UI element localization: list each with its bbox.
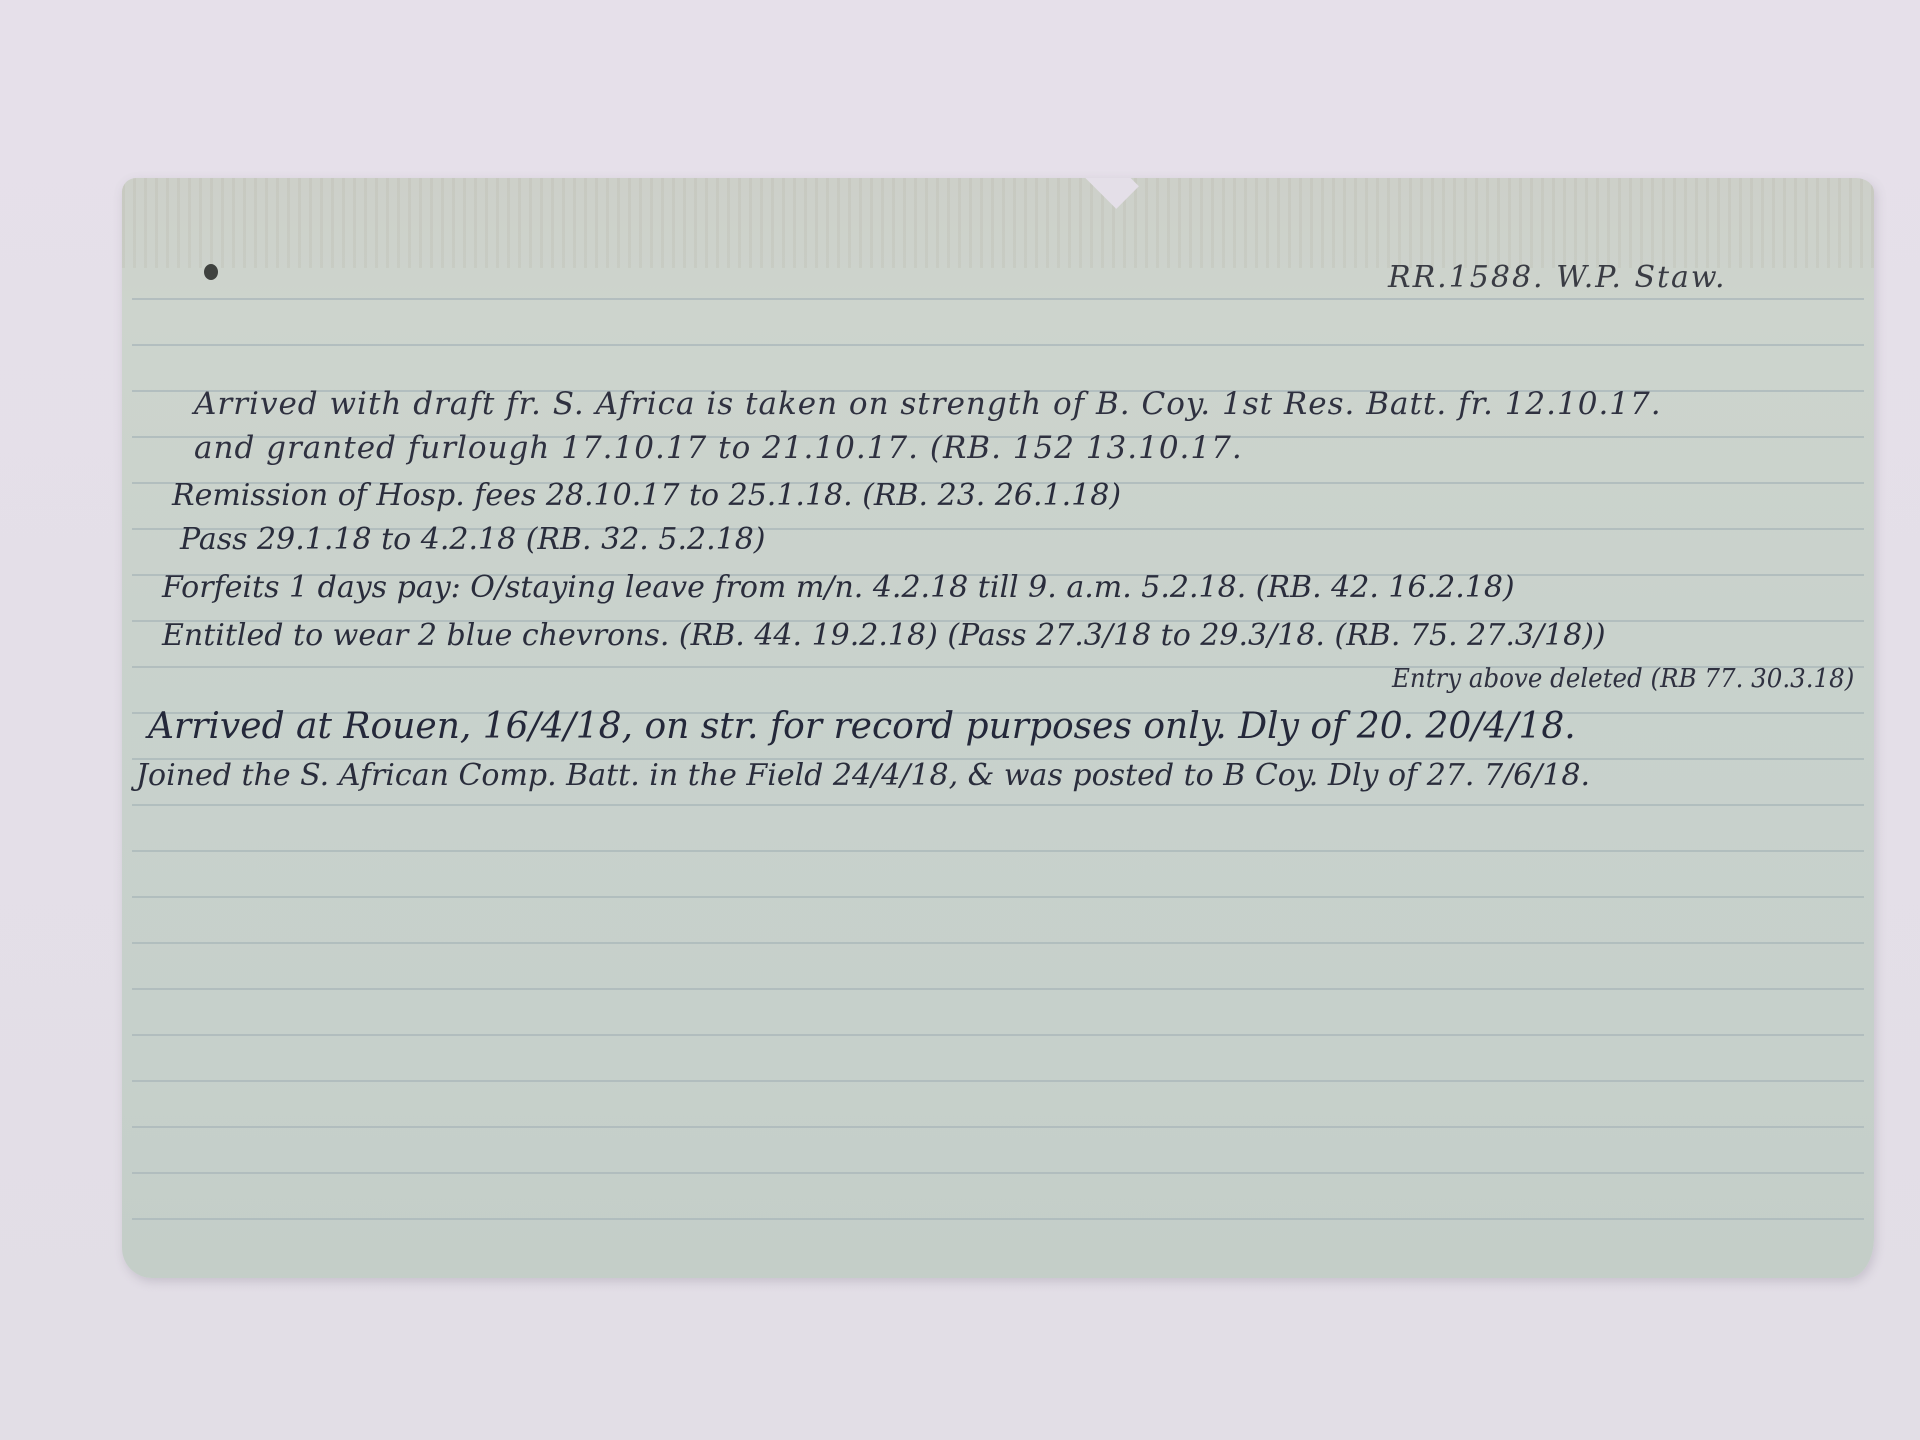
rule-line xyxy=(132,896,1864,898)
rule-line xyxy=(132,850,1864,852)
entry-rouen: Arrived at Rouen, 16/4/18, on str. for r… xyxy=(148,706,1576,747)
entry-arrival: Arrived with draft fr. S. Africa is take… xyxy=(194,386,1662,422)
record-card: RR.1588. W.P. Staw. Arrived with draft f… xyxy=(122,178,1874,1278)
rule-line xyxy=(132,804,1864,806)
rule-line xyxy=(132,1034,1864,1036)
rule-line xyxy=(132,1172,1864,1174)
card-notch xyxy=(1085,178,1139,209)
rule-line xyxy=(132,1126,1864,1128)
rule-line xyxy=(132,344,1864,346)
entry-joined: Joined the S. African Comp. Batt. in the… xyxy=(136,758,1590,793)
entry-remission: Remission of Hosp. fees 28.10.17 to 25.1… xyxy=(172,478,1121,513)
rule-line xyxy=(132,1080,1864,1082)
rule-line xyxy=(132,298,1864,300)
entry-forfeits: Forfeits 1 days pay: O/staying leave fro… xyxy=(162,570,1515,605)
entry-pass: Pass 29.1.18 to 4.2.18 (RB. 32. 5.2.18) xyxy=(180,522,765,557)
rule-line xyxy=(132,1218,1864,1220)
entry-furlough: and granted furlough 17.10.17 to 21.10.1… xyxy=(194,430,1243,466)
punch-hole xyxy=(204,264,218,280)
rule-line xyxy=(132,988,1864,990)
entry-chevrons: Entitled to wear 2 blue chevrons. (RB. 4… xyxy=(162,618,1606,653)
entry-deleted-note: Entry above deleted (RB 77. 30.3.18) xyxy=(1392,664,1854,694)
header-reference: RR.1588. W.P. Staw. xyxy=(1388,260,1727,295)
rule-line xyxy=(132,942,1864,944)
